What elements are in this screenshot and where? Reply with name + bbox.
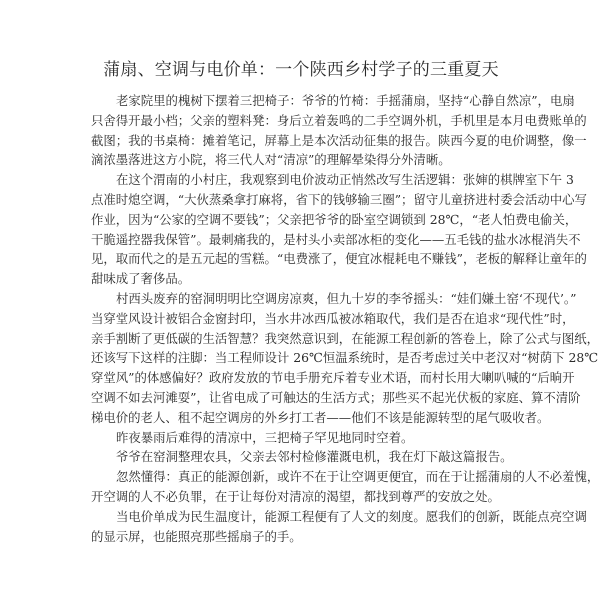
text-line: 空调不如去河滩耍”，让省电成了可触达的生活方式；那些买不起光伏板的家庭、算不清阶 (91, 388, 515, 408)
text-line: 甜味成了奢侈品。 (91, 269, 515, 289)
text-line: 滴浓墨落进这方小院，将三代人对“清凉”的理解晕染得分外清晰。 (91, 150, 515, 170)
text-line: 当电价单成为民生温度计，能源工程便有了人文的刻度。愿我们的创新，既能点亮空调 (91, 507, 515, 527)
paragraph: 昨夜暴雨后难得的清凉中，三把椅子罕见地同时空着。 (91, 428, 515, 448)
text-line: 点准时熄空调，“大伙蒸桑拿打麻将，省下的钱够输三圈”；留守儿童挤进村委会活动中心… (91, 190, 515, 210)
paragraph: 村西头废弃的窑洞明明比空调房凉爽，但九十岁的李爷摇头：“娃们嫌土窑‘不现代’。”… (91, 289, 515, 428)
paragraph: 当电价单成为民生温度计，能源工程便有了人文的刻度。愿我们的创新，既能点亮空调 的… (91, 507, 515, 547)
document-page: 蒲扇、空调与电价单：一个陕西乡村学子的三重夏天 老家院里的槐树下摆着三把椅子：爷… (0, 0, 602, 606)
text-line: 当穿堂风设计被铝合金窗封印，当水井冰西瓜被冰箱取代，我们是否在追求“现代性”时， (91, 309, 515, 329)
text-line: 还该写下这样的注脚：当工程师设计 26℃恒温系统时，是否考虑过关中老汉对“树荫下… (91, 348, 515, 368)
document-title: 蒲扇、空调与电价单：一个陕西乡村学子的三重夏天 (0, 59, 602, 81)
text-line: 作业，因为“公家的空调不要钱”；父亲把爷爷的卧室空调锁到 28℃，“老人怕费电偷… (91, 210, 515, 230)
text-line: 村西头废弃的窑洞明明比空调房凉爽，但九十岁的李爷摇头：“娃们嫌土窑‘不现代’。” (91, 289, 515, 309)
paragraph: 在这个渭南的小村庄，我观察到电价波动正悄然改写生活逻辑：张婶的棋牌室下午 3 点… (91, 170, 515, 289)
text-line: 只舍得开最小档；父亲的塑料凳：身后立着轰鸣的二手空调外机，手机里是本月电费账单的 (91, 111, 515, 131)
text-line: 干脆遥控器我保管”。最刺痛我的，是村头小卖部冰柜的变化——五毛钱的盐水冰棍消失不 (91, 230, 515, 250)
text-line: 梯电价的老人、租不起空调房的外乡打工者——他们不该是能源转型的尾气吸收者。 (91, 408, 515, 428)
text-line: 穿堂风”的体感偏好？政府发放的节电手册充斥着专业术语，而村长用大喇叭喊的“后晌开 (91, 368, 515, 388)
text-line: 亲手割断了更低碳的生活智慧？我突然意识到，在能源工程创新的答卷上，除了公式与图纸… (91, 329, 515, 349)
text-line: 老家院里的槐树下摆着三把椅子：爷爷的竹椅：手摇蒲扇，坚持“心静自然凉”，电扇 (91, 91, 515, 111)
document-body: 老家院里的槐树下摆着三把椅子：爷爷的竹椅：手摇蒲扇，坚持“心静自然凉”，电扇 只… (91, 91, 515, 546)
text-line: 见，取而代之的是五元起的雪糕。“电费涨了，便宜冰棍耗电不赚钱”，老板的解释让童年… (91, 249, 515, 269)
text-line: 忽然懂得：真正的能源创新，或许不在于让空调更便宜，而在于让摇蒲扇的人不必羞愧， (91, 467, 515, 487)
text-line: 昨夜暴雨后难得的清凉中，三把椅子罕见地同时空着。 (91, 428, 515, 448)
text-line: 的显示屏，也能照亮那些摇扇子的手。 (91, 527, 515, 547)
paragraph: 爷爷在窑洞整理农具，父亲去邻村检修灌溉电机，我在灯下敲这篇报告。 (91, 447, 515, 467)
paragraph: 忽然懂得：真正的能源创新，或许不在于让空调更便宜，而在于让摇蒲扇的人不必羞愧， … (91, 467, 515, 507)
text-line: 在这个渭南的小村庄，我观察到电价波动正悄然改写生活逻辑：张婶的棋牌室下午 3 (91, 170, 515, 190)
text-line: 开空调的人不必负罪，在于让每份对清凉的渴望，都找到尊严的安放之处。 (91, 487, 515, 507)
paragraph: 老家院里的槐树下摆着三把椅子：爷爷的竹椅：手摇蒲扇，坚持“心静自然凉”，电扇 只… (91, 91, 515, 170)
text-line: 截图；我的书桌椅：摊着笔记，屏幕上是本次活动征集的报告。陕西今夏的电价调整，像一 (91, 131, 515, 151)
text-line: 爷爷在窑洞整理农具，父亲去邻村检修灌溉电机，我在灯下敲这篇报告。 (91, 447, 515, 467)
